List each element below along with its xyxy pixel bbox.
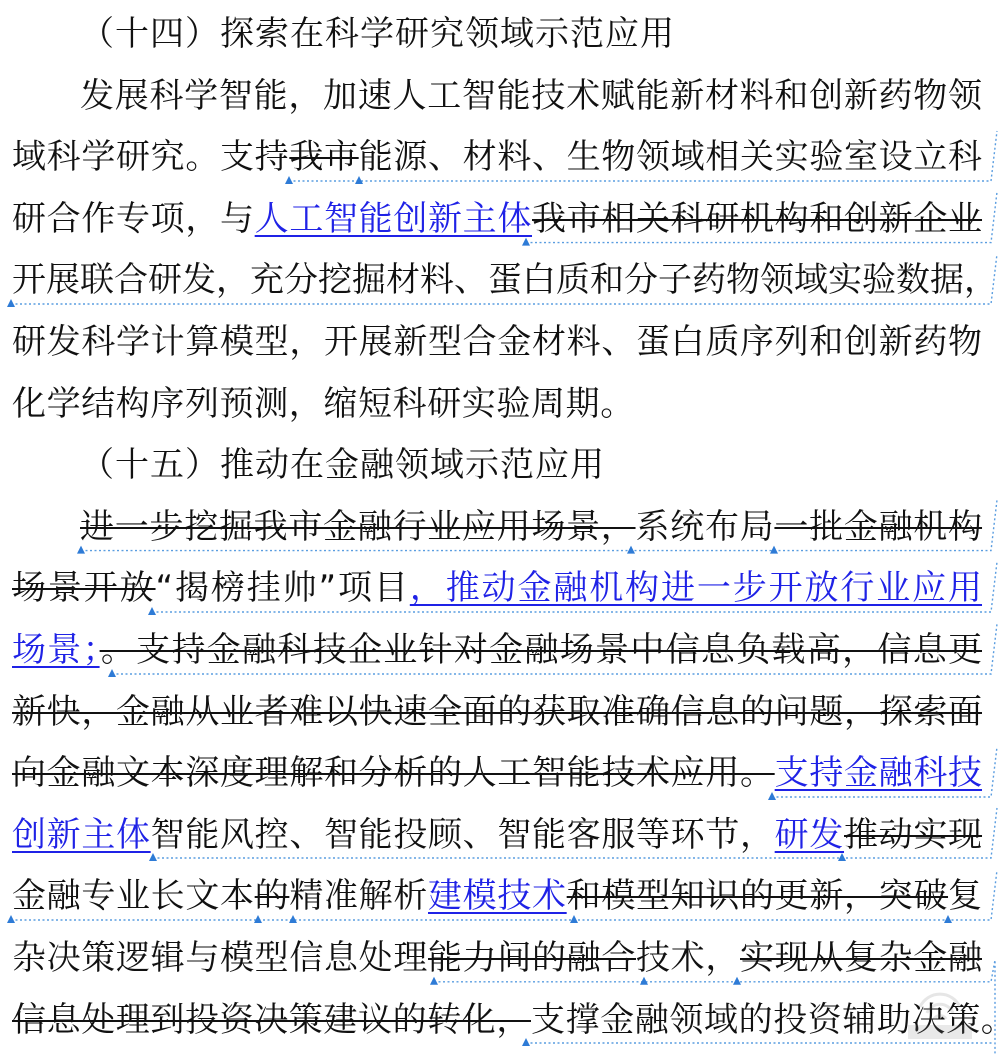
normal-text: 域科学研究。支持 bbox=[12, 137, 289, 177]
deleted-text: 我市 bbox=[289, 137, 358, 177]
text-line: 进一步挖掘我市金融行业应用场景，系统布局一批金融机构 bbox=[80, 497, 982, 559]
section-heading: （十四）探索在科学研究领域示范应用 bbox=[80, 4, 1000, 66]
watermark-logo-icon bbox=[900, 985, 980, 1045]
deleted-text: 推动实现 bbox=[844, 815, 982, 855]
inserted-text: 人工智能创新主体 bbox=[255, 199, 532, 239]
text-line: 发展科学智能，加速人工智能技术赋能新材料和创新药物领 bbox=[80, 66, 982, 128]
text-line: 研发科学计算模型，开展新型合金材料、蛋白质序列和创新药物 bbox=[12, 312, 982, 374]
normal-text: 开展联合研发，充分挖掘材料、蛋白质和分子药物领域实验数据， bbox=[12, 260, 998, 300]
normal-text: 能源、材料、生物领域相关实验室设立科 bbox=[359, 137, 982, 177]
text-line: 金融专业长文本的精准解析建模技术和模型知识的更新，突破复 bbox=[12, 866, 982, 928]
inserted-text: 研发 bbox=[775, 815, 844, 855]
normal-text: 研发科学计算模型，开展新型合金材料、蛋白质序列和创新药物 bbox=[12, 322, 982, 362]
deleted-text: 信息处理到投资决策建议的转化， bbox=[12, 1000, 531, 1040]
text-line: 开展联合研发，充分挖掘材料、蛋白质和分子药物领域实验数据， bbox=[12, 250, 982, 312]
deleted-text: 场景开放 bbox=[12, 568, 156, 608]
text-line: 域科学研究。支持我市能源、材料、生物领域相关实验室设立科 bbox=[12, 127, 982, 189]
deleted-text: 我市相关科研机构和创新企业 bbox=[532, 199, 982, 239]
normal-text: 技术， bbox=[636, 938, 740, 978]
text-line: 向金融文本深度理解和分析的人工智能技术应用。支持金融科技 bbox=[12, 743, 982, 805]
deleted-text: 新快，金融从业者难以快速全面的获取准确信息的问题，探索面 bbox=[12, 692, 982, 732]
normal-text: 智能风控、智能投顾、智能客服等环节， bbox=[151, 815, 775, 855]
text-line: 化学结构序列预测，缩短科研实验周期。 bbox=[12, 374, 1000, 436]
deleted-text: 向金融文本深度理解和分析的人工智能技术应用。 bbox=[12, 753, 775, 793]
inserted-text: 创新主体 bbox=[12, 815, 151, 855]
text-line: 场景开放“揭榜挂帅”项目，推动金融机构进一步开放行业应用 bbox=[12, 558, 982, 620]
normal-text: 复 bbox=[948, 876, 982, 916]
section-heading: （十五）推动在金融领域示范应用 bbox=[80, 435, 1000, 497]
deleted-text: 的 bbox=[255, 876, 290, 916]
normal-text: 化学结构序列预测，缩短科研实验周期。 bbox=[12, 384, 635, 424]
normal-text: “揭榜挂帅”项目 bbox=[156, 568, 410, 608]
deleted-text: 能力间的融合 bbox=[428, 938, 636, 978]
text-line: 研合作专项，与人工智能创新主体我市相关科研机构和创新企业 bbox=[12, 189, 982, 251]
normal-text: 杂决策逻辑与模型信息处理 bbox=[12, 938, 428, 978]
inserted-text: 支持金融科技 bbox=[775, 753, 982, 793]
text-line: 信息处理到投资决策建议的转化，支撑金融领域的投资辅助决策。 bbox=[12, 990, 1000, 1052]
normal-text: 研合作专项，与 bbox=[12, 199, 255, 239]
inserted-text: ，推动金融机构进一步开放行业应用 bbox=[410, 568, 982, 608]
deleted-text: 。支持金融科技企业针对金融场景中信息负载高，信息更 bbox=[100, 630, 982, 670]
deleted-text: 进一步挖掘我市金融行业应用场景， bbox=[80, 507, 636, 547]
normal-text: 系统布局 bbox=[636, 507, 775, 547]
normal-text: 精准解析 bbox=[289, 876, 428, 916]
deleted-text: 实现从复杂金融 bbox=[740, 938, 982, 978]
inserted-text: 建模技术 bbox=[428, 876, 567, 916]
inserted-text: 场景； bbox=[12, 630, 100, 670]
normal-text: 金融专业长文本 bbox=[12, 876, 255, 916]
text-line: 创新主体智能风控、智能投顾、智能客服等环节，研发推动实现 bbox=[12, 805, 982, 867]
deleted-text: 一批金融机构 bbox=[774, 507, 982, 547]
deleted-text: 和模型知识的更新，突破 bbox=[567, 876, 948, 916]
document-page: （十四）探索在科学研究领域示范应用 发展科学智能，加速人工智能技术赋能新材料和创… bbox=[0, 0, 1000, 1054]
text-line: 新快，金融从业者难以快速全面的获取准确信息的问题，探索面 bbox=[12, 682, 982, 744]
text-line: 杂决策逻辑与模型信息处理能力间的融合技术，实现从复杂金融 bbox=[12, 928, 982, 990]
text-line: 场景；。支持金融科技企业针对金融场景中信息负载高，信息更 bbox=[12, 620, 982, 682]
normal-text: 发展科学智能，加速人工智能技术赋能新材料和创新药物领 bbox=[80, 76, 982, 116]
